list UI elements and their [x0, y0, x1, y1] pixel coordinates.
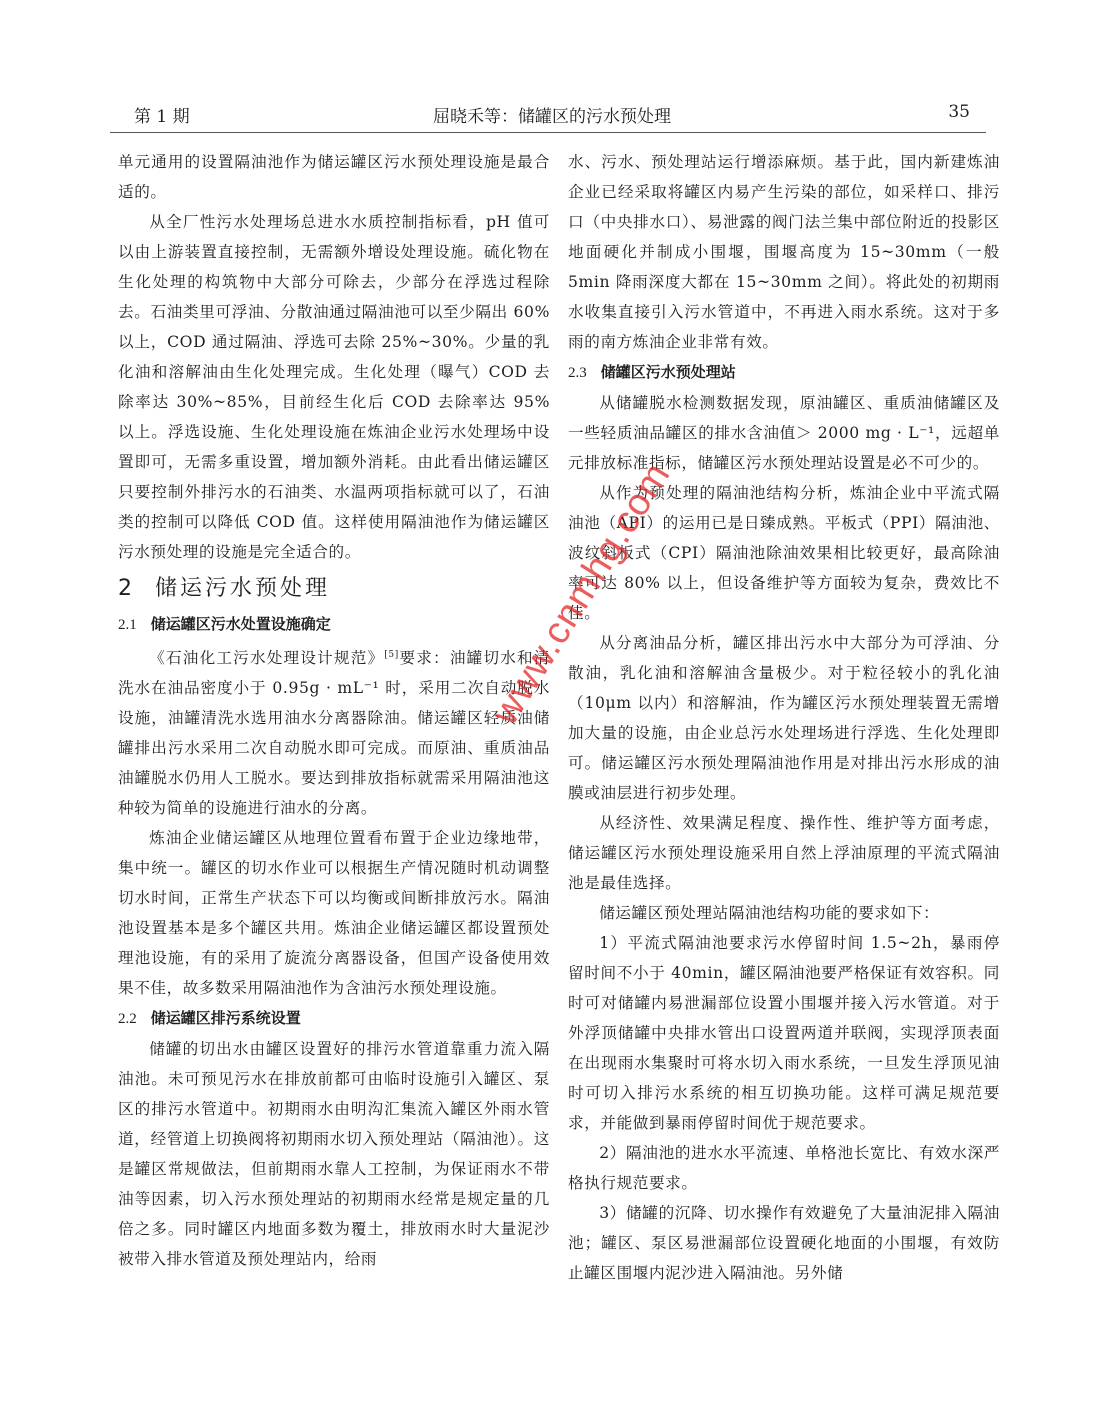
list-item: 3）储罐的沉降、切水操作有效避免了大量油泥排入隔油池；罐区、泵区易泄漏部位设置硬…: [568, 1198, 1000, 1288]
paragraph: 炼油企业储运罐区从地理位置看布置于企业边缘地带，集中统一。罐区的切水作业可以根据…: [118, 823, 550, 1003]
paragraph-text: 要求：油罐切水和清洗水在油品密度小于 0.95g · mL⁻¹ 时，采用二次自动…: [118, 649, 550, 817]
paragraph: 从经济性、效果满足程度、操作性、维护等方面考虑，储运罐区污水预处理设施采用自然上…: [568, 808, 1000, 898]
section-title: 储运污水预处理: [155, 576, 330, 601]
subsection-heading: 2.2储运罐区排污系统设置: [118, 1003, 550, 1034]
running-header: 第 1 期 屈晓禾等：储罐区的污水预处理 35: [118, 98, 986, 132]
paragraph: 单元通用的设置隔油池作为储运罐区污水预处理设施是最合适的。: [118, 147, 550, 207]
paragraph: 储罐的切出水由罐区设置好的排污水管道靠重力流入隔油池。未可预见污水在排放前都可由…: [118, 1034, 550, 1274]
list-item: 2）隔油池的进水水平流速、单格池长宽比、有效水深严格执行规范要求。: [568, 1138, 1000, 1198]
left-column: 单元通用的设置隔油池作为储运罐区污水预处理设施是最合适的。 从全厂性污水处理场总…: [118, 147, 550, 1274]
subsection-heading: 2.3储罐区污水预处理站: [568, 357, 1000, 388]
cited-standard: 《石油化工污水处理设计规范》: [149, 649, 384, 667]
subsection-number: 2.1: [118, 617, 137, 633]
list-item: 1）平流式隔油池要求污水停留时间 1.5~2h，暴雨停留时间不小于 40min，…: [568, 928, 1000, 1138]
section-number: 2: [118, 576, 135, 601]
paragraph: 从全厂性污水处理场总进水水质控制指标看，pH 值可以由上游装置直接控制，无需额外…: [118, 207, 550, 567]
paragraph: 从作为预处理的隔油池结构分析，炼油企业中平流式隔油池（API）的运用已是日臻成熟…: [568, 478, 1000, 628]
paragraph: 《石油化工污水处理设计规范》[5]要求：油罐切水和清洗水在油品密度小于 0.95…: [118, 640, 550, 823]
subsection-title: 储罐区污水预处理站: [601, 363, 736, 381]
subsection-title: 储运罐区排污系统设置: [151, 1009, 301, 1027]
page-number: 35: [948, 102, 970, 122]
subsection-heading: 2.1储运罐区污水处置设施确定: [118, 609, 550, 640]
subsection-number: 2.3: [568, 365, 587, 381]
section-heading: 2 储运污水预处理: [118, 569, 550, 609]
paragraph: 水、污水、预处理站运行增添麻烦。基于此，国内新建炼油企业已经采取将罐区内易产生污…: [568, 147, 1000, 357]
article-running-title: 屈晓禾等：储罐区的污水预处理: [118, 102, 986, 127]
subsection-number: 2.2: [118, 1011, 137, 1027]
paragraph: 从分离油品分析，罐区排出污水中大部分为可浮油、分散油，乳化油和溶解油含量极少。对…: [568, 628, 1000, 808]
paragraph: 从储罐脱水检测数据发现，原油罐区、重质油储罐区及一些轻质油品罐区的排水含油值＞ …: [568, 388, 1000, 478]
paragraph: 储运罐区预处理站隔油池结构功能的要求如下：: [568, 898, 1000, 928]
citation-ref[interactable]: [5]: [384, 650, 399, 660]
subsection-title: 储运罐区污水处置设施确定: [151, 615, 331, 633]
right-column: 水、污水、预处理站运行增添麻烦。基于此，国内新建炼油企业已经采取将罐区内易产生污…: [568, 147, 1000, 1288]
header-divider: [110, 132, 986, 133]
